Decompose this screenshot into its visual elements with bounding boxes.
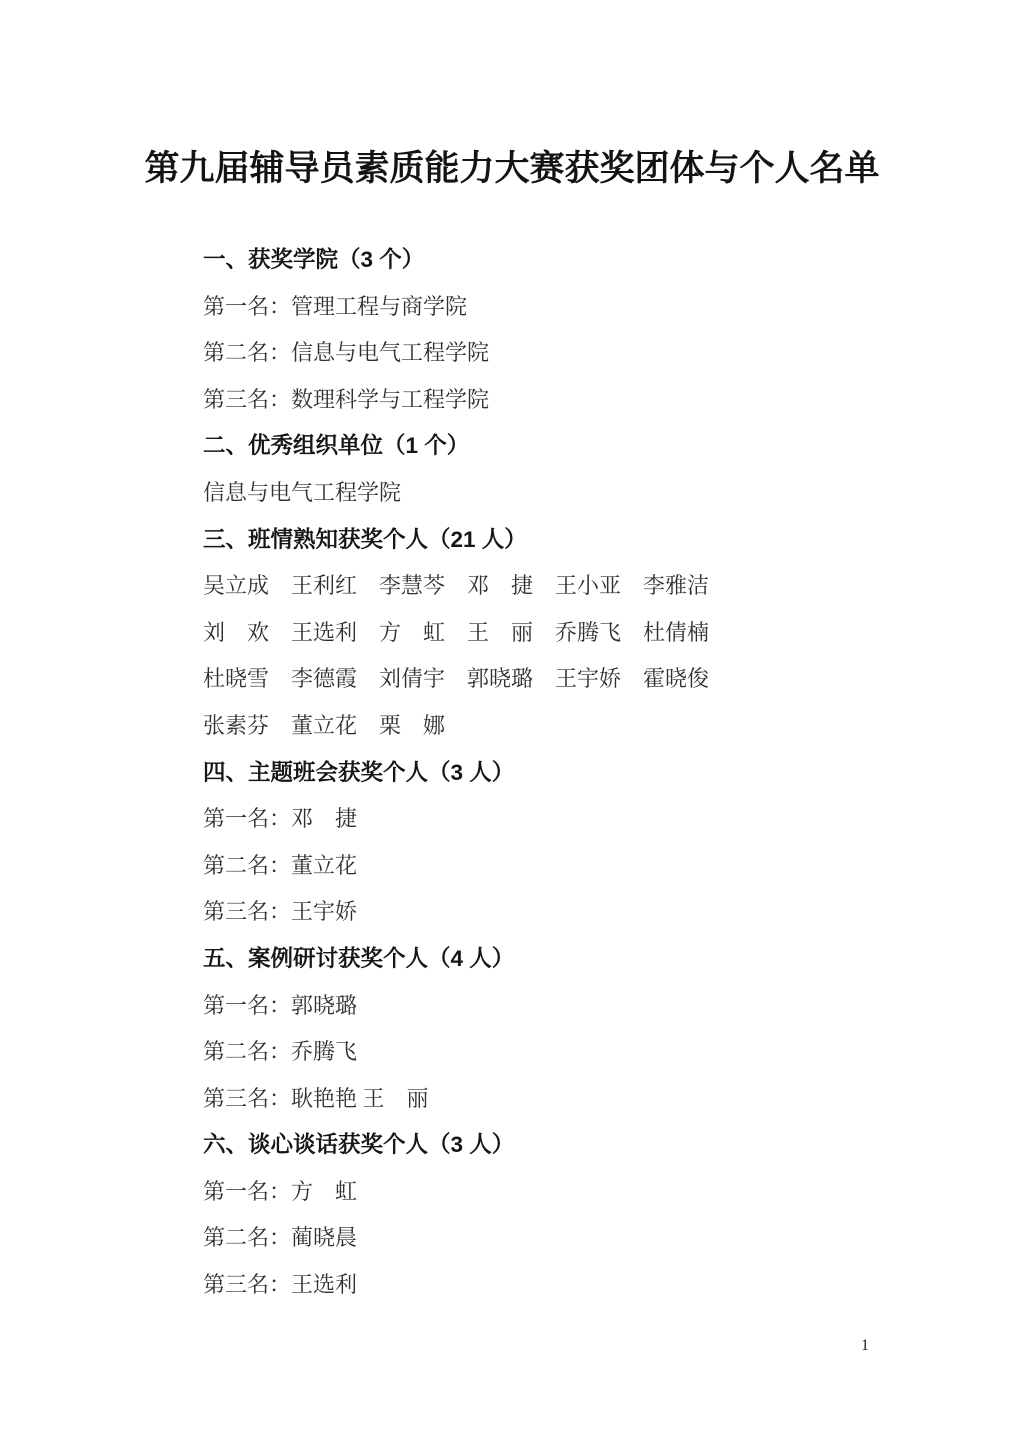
award-line: 第三名：耿艳艳 王 丽 <box>203 1076 863 1123</box>
section-awarded-colleges: 一、获奖学院（3 个） 第一名：管理工程与商学院 第二名：信息与电气工程学院 第… <box>203 237 863 423</box>
award-line: 第三名：数理科学与工程学院 <box>203 377 863 424</box>
award-line: 第一名：邓 捷 <box>203 796 863 843</box>
award-line: 信息与电气工程学院 <box>203 470 863 517</box>
award-line: 第二名：董立花 <box>203 843 863 890</box>
name-row: 吴立成 王利红 李慧芩 邓 捷 王小亚 李雅洁 <box>203 563 863 610</box>
name-row: 张素芬 董立花 栗 娜 <box>203 703 863 750</box>
section-heart-to-heart-talk-winners: 六、谈心谈话获奖个人（3 人） 第一名：方 虹 第二名：蔺晓晨 第三名：王选利 <box>203 1122 863 1308</box>
section-class-familiarity-winners: 三、班情熟知获奖个人（21 人） 吴立成 王利红 李慧芩 邓 捷 王小亚 李雅洁… <box>203 517 863 750</box>
award-line: 第二名：蔺晓晨 <box>203 1215 863 1262</box>
section-heading: 三、班情熟知获奖个人（21 人） <box>203 517 863 564</box>
section-heading: 六、谈心谈话获奖个人（3 人） <box>203 1122 863 1169</box>
award-line: 第二名：乔腾飞 <box>203 1029 863 1076</box>
page-number: 1 <box>850 1337 880 1355</box>
award-line: 第一名：郭晓璐 <box>203 983 863 1030</box>
section-case-study-winners: 五、案例研讨获奖个人（4 人） 第一名：郭晓璐 第二名：乔腾飞 第三名：耿艳艳 … <box>203 936 863 1122</box>
section-theme-class-meeting-winners: 四、主题班会获奖个人（3 人） 第一名：邓 捷 第二名：董立花 第三名：王宇娇 <box>203 750 863 936</box>
document-title: 第九届辅导员素质能力大赛获奖团体与个人名单 <box>0 145 1024 193</box>
section-heading: 一、获奖学院（3 个） <box>203 237 863 284</box>
name-row: 杜晓雪 李德霞 刘倩宇 郭晓璐 王宇娇 霍晓俊 <box>203 656 863 703</box>
section-outstanding-organization: 二、优秀组织单位（1 个） 信息与电气工程学院 <box>203 423 863 516</box>
award-line: 第二名：信息与电气工程学院 <box>203 330 863 377</box>
section-heading: 五、案例研讨获奖个人（4 人） <box>203 936 863 983</box>
award-line: 第三名：王选利 <box>203 1262 863 1309</box>
document-page: 第九届辅导员素质能力大赛获奖团体与个人名单 一、获奖学院（3 个） 第一名：管理… <box>0 0 1024 1448</box>
award-line: 第一名：管理工程与商学院 <box>203 284 863 331</box>
section-heading: 二、优秀组织单位（1 个） <box>203 423 863 470</box>
award-line: 第一名：方 虹 <box>203 1169 863 1216</box>
section-heading: 四、主题班会获奖个人（3 人） <box>203 750 863 797</box>
name-row: 刘 欢 王选利 方 虹 王 丽 乔腾飞 杜倩楠 <box>203 610 863 657</box>
award-line: 第三名：王宇娇 <box>203 889 863 936</box>
document-body: 一、获奖学院（3 个） 第一名：管理工程与商学院 第二名：信息与电气工程学院 第… <box>203 237 863 1309</box>
